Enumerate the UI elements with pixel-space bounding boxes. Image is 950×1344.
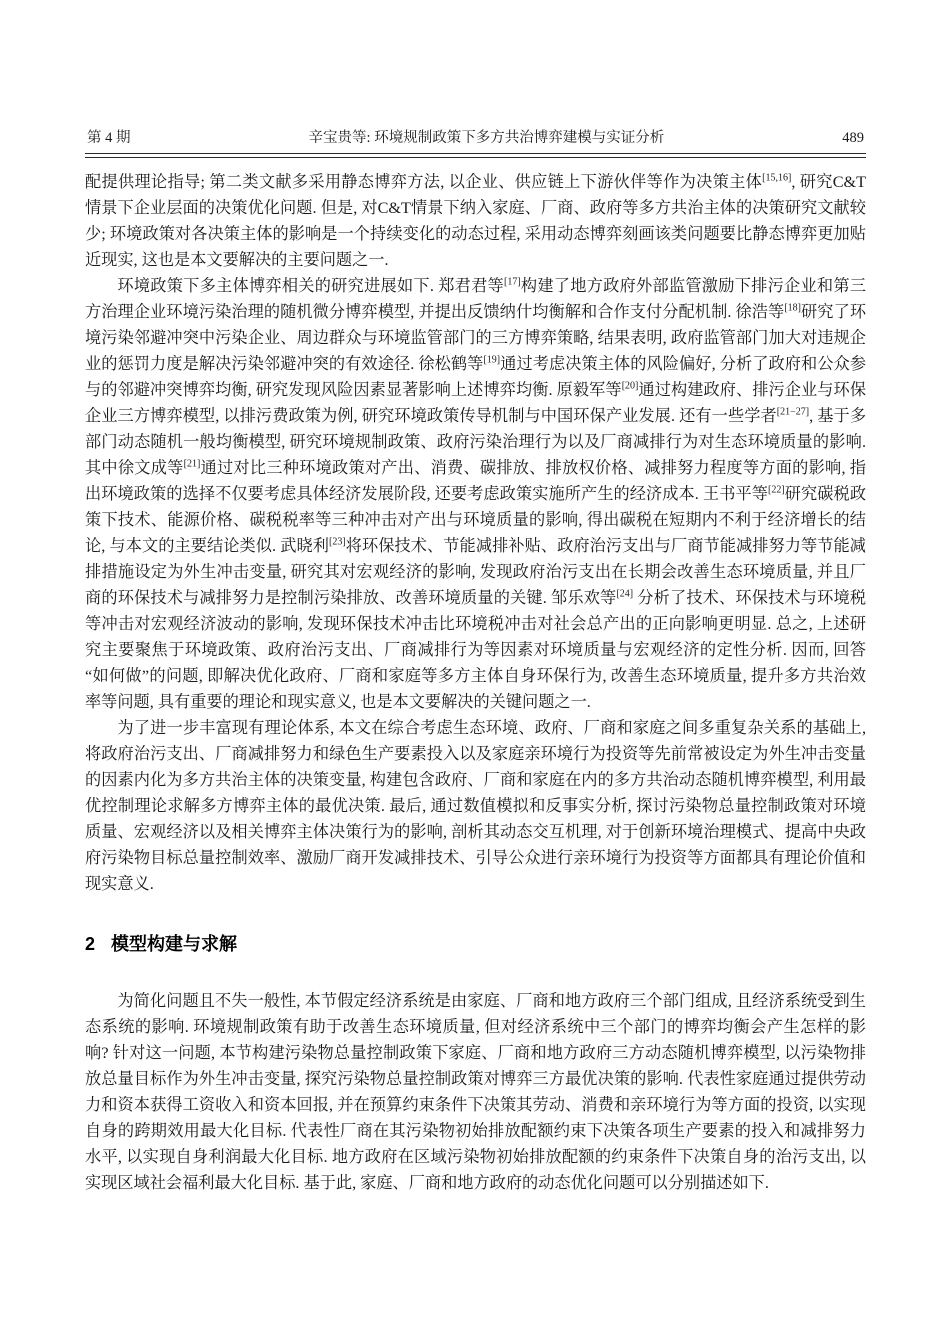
- citation-ref: [15,16]: [762, 173, 791, 184]
- citation-ref: [24]: [616, 589, 633, 600]
- section-title: 模型构建与求解: [111, 934, 237, 954]
- citation-ref: [18]: [784, 303, 801, 314]
- header-double-rule: [85, 153, 866, 158]
- citation-ref: [21−27]: [777, 407, 809, 418]
- section-heading: 2模型构建与求解: [85, 934, 866, 956]
- document-body: 配提供理论指导; 第二类文献多采用静态博弈方法, 以企业、供应链上下游伙伴等作为…: [85, 169, 866, 1196]
- page-number: 489: [842, 130, 864, 147]
- citation-ref: [21]: [184, 459, 201, 470]
- running-title: 辛宝贵等: 环境规制政策下多方共治博弈建模与实证分析: [131, 126, 843, 147]
- paragraph: 为简化问题且不失一般性, 本节假定经济系统是由家庭、厂商和地方政府三个部门组成,…: [85, 988, 866, 1196]
- page-header: 第 4 期 辛宝贵等: 环境规制政策下多方共治博弈建模与实证分析 489: [85, 126, 866, 153]
- paragraph: 为了进一步丰富现有理论体系, 本文在综合考虑生态环境、政府、厂商和家庭之间多重复…: [85, 715, 866, 897]
- citation-ref: [20]: [622, 381, 639, 392]
- citation-ref: [17]: [504, 277, 521, 288]
- page-content: 第 4 期 辛宝贵等: 环境规制政策下多方共治博弈建模与实证分析 489 配提供…: [85, 126, 866, 1196]
- issue-label: 第 4 期: [87, 126, 131, 147]
- citation-ref: [19]: [483, 355, 500, 366]
- paragraph: 环境政策下多主体博弈相关的研究进展如下. 郑君君等[17]构建了地方政府外部监管…: [85, 273, 866, 715]
- section-number: 2: [85, 934, 95, 954]
- citation-ref: [22]: [768, 485, 785, 496]
- journal-page: 第 4 期 辛宝贵等: 环境规制政策下多方共治博弈建模与实证分析 489 配提供…: [0, 0, 950, 1344]
- citation-ref: [23]: [329, 537, 346, 548]
- paragraph: 配提供理论指导; 第二类文献多采用静态博弈方法, 以企业、供应链上下游伙伴等作为…: [85, 169, 866, 273]
